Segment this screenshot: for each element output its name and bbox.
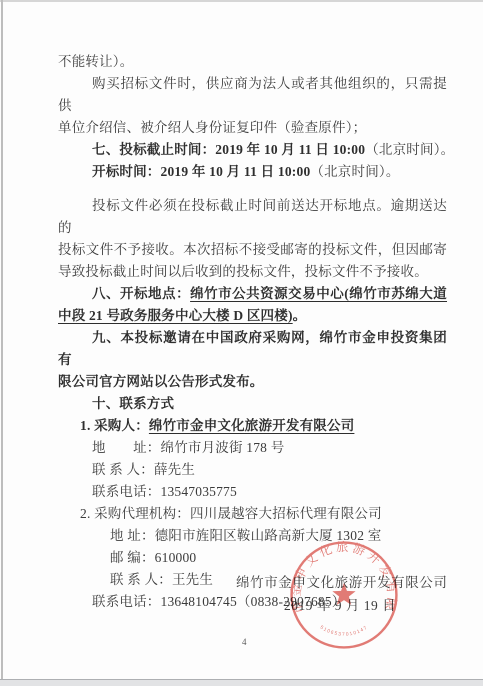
doc-line: 购买招标文件时，供应商为法人或者其他组织的，只需提供	[58, 73, 447, 117]
agency-name: 2. 采购代理机构：四川晟越容大招标代理有限公司	[58, 503, 447, 525]
doc-line-section-8: 八、开标地点：绵竹市公共资源交易中心(绵竹市苏绵大道	[58, 283, 447, 305]
doc-line: 不能转让）。	[58, 51, 447, 73]
scan-edge-left	[1, 0, 3, 686]
purchaser-phone: 联系电话：13547035775	[58, 481, 447, 503]
page-number: 4	[242, 637, 247, 647]
purchaser-label: 1. 采购人：	[80, 418, 149, 433]
doc-line-purchaser: 1. 采购人：绵竹市金申文化旅游开发有限公司	[58, 415, 447, 437]
doc-line: 开标时间：2019 年 10 月 11 日 10:00（北京时间）。	[58, 161, 447, 183]
official-seal: 绵竹市金申文化旅游开发有限公司 5106537010147	[287, 538, 401, 652]
text-run: 联系电话：13547035775	[92, 484, 237, 499]
text-run: 不能转让）。	[58, 54, 133, 69]
text-run: 购买招标文件时，供应商为法人或者其他组织的，只需提供	[58, 76, 447, 113]
text-run: 地 址：绵竹市月波街 178 号	[92, 440, 284, 455]
doc-line: 单位介绍信、被介绍人身份证复印件（验查原件）；	[58, 117, 447, 139]
purchaser-address: 地 址：绵竹市月波街 178 号	[58, 437, 447, 459]
text-run: 2. 采购代理机构：四川晟越容大招标代理有限公司	[80, 506, 382, 521]
bid-opening-time: 开标时间：2019 年 10 月 11 日 10:00	[92, 164, 310, 179]
doc-line: 投标文件必须在投标截止时间前送达开标地点。逾期送达的	[58, 195, 447, 239]
document-body: 不能转让）。 购买招标文件时，供应商为法人或者其他组织的，只需提供 单位介绍信、…	[58, 51, 447, 613]
text-run: 单位介绍信、被介绍人身份证复印件（验查原件）；	[58, 120, 366, 135]
doc-line: 限公司官方网站以公告形式发布。	[58, 371, 447, 393]
text-run: 投标文件必须在投标截止时间前送达开标地点。逾期送达的	[58, 198, 447, 235]
section-7-heading: 七、投标截止时间：2019 年 10 月 11 日 10:00	[92, 142, 365, 157]
seal-company-arc: 绵竹市金申文化旅游开发有限公司	[287, 538, 399, 615]
text-run: 邮 编：610000	[110, 550, 196, 565]
purchaser-contact: 联 系 人：薛先生	[58, 459, 447, 481]
doc-line: 投标文件不予接收。本次招标不接受邮寄的投标文件，但因邮寄	[58, 239, 447, 261]
opening-location-cont: 中段 21 号政务服务中心大楼 D 区四楼)	[58, 308, 293, 323]
seal-code: 5106537010147	[319, 625, 369, 638]
purchaser-name: 绵竹市金申文化旅游开发有限公司	[149, 418, 355, 433]
text-run: 。	[293, 308, 307, 323]
text-run: 限公司官方网站以公告形式发布。	[58, 374, 264, 389]
text-run: 联 系 人：王先生	[110, 572, 213, 587]
scan-edge-bottom	[0, 679, 483, 686]
text-run: 联 系 人：薛先生	[92, 462, 195, 477]
doc-line-section-10: 十、联系方式	[58, 393, 447, 415]
section-10-heading: 十、联系方式	[92, 396, 174, 411]
text-run: （北京时间）。	[310, 164, 399, 179]
doc-line-section-7: 七、投标截止时间：2019 年 10 月 11 日 10:00（北京时间）。	[58, 139, 447, 161]
star-icon	[332, 583, 355, 605]
doc-line-section-9: 九、本投标邀请在中国政府采购网，绵竹市金申投资集团有	[58, 327, 447, 371]
text-run: 导致投标截止时间以后收到的投标文件，投标文件不予接收。	[58, 264, 428, 279]
section-9-heading: 九、本投标邀请在中国政府采购网，绵竹市金申投资集团有	[58, 330, 447, 367]
scanned-document-page: 不能转让）。 购买招标文件时，供应商为法人或者其他组织的，只需提供 单位介绍信、…	[0, 0, 483, 686]
doc-line: 中段 21 号政务服务中心大楼 D 区四楼)。	[58, 305, 447, 327]
doc-line: 导致投标截止时间以后收到的投标文件，投标文件不予接收。	[58, 261, 447, 283]
section-8-heading: 八、开标地点：	[92, 286, 190, 301]
text-run: 投标文件不予接收。本次招标不接受邮寄的投标文件，但因邮寄	[58, 242, 447, 257]
opening-location: 绵竹市公共资源交易中心(绵竹市苏绵大道	[190, 286, 447, 301]
scan-edge-top	[0, 0, 483, 2]
text-run: （北京时间）。	[365, 142, 454, 157]
